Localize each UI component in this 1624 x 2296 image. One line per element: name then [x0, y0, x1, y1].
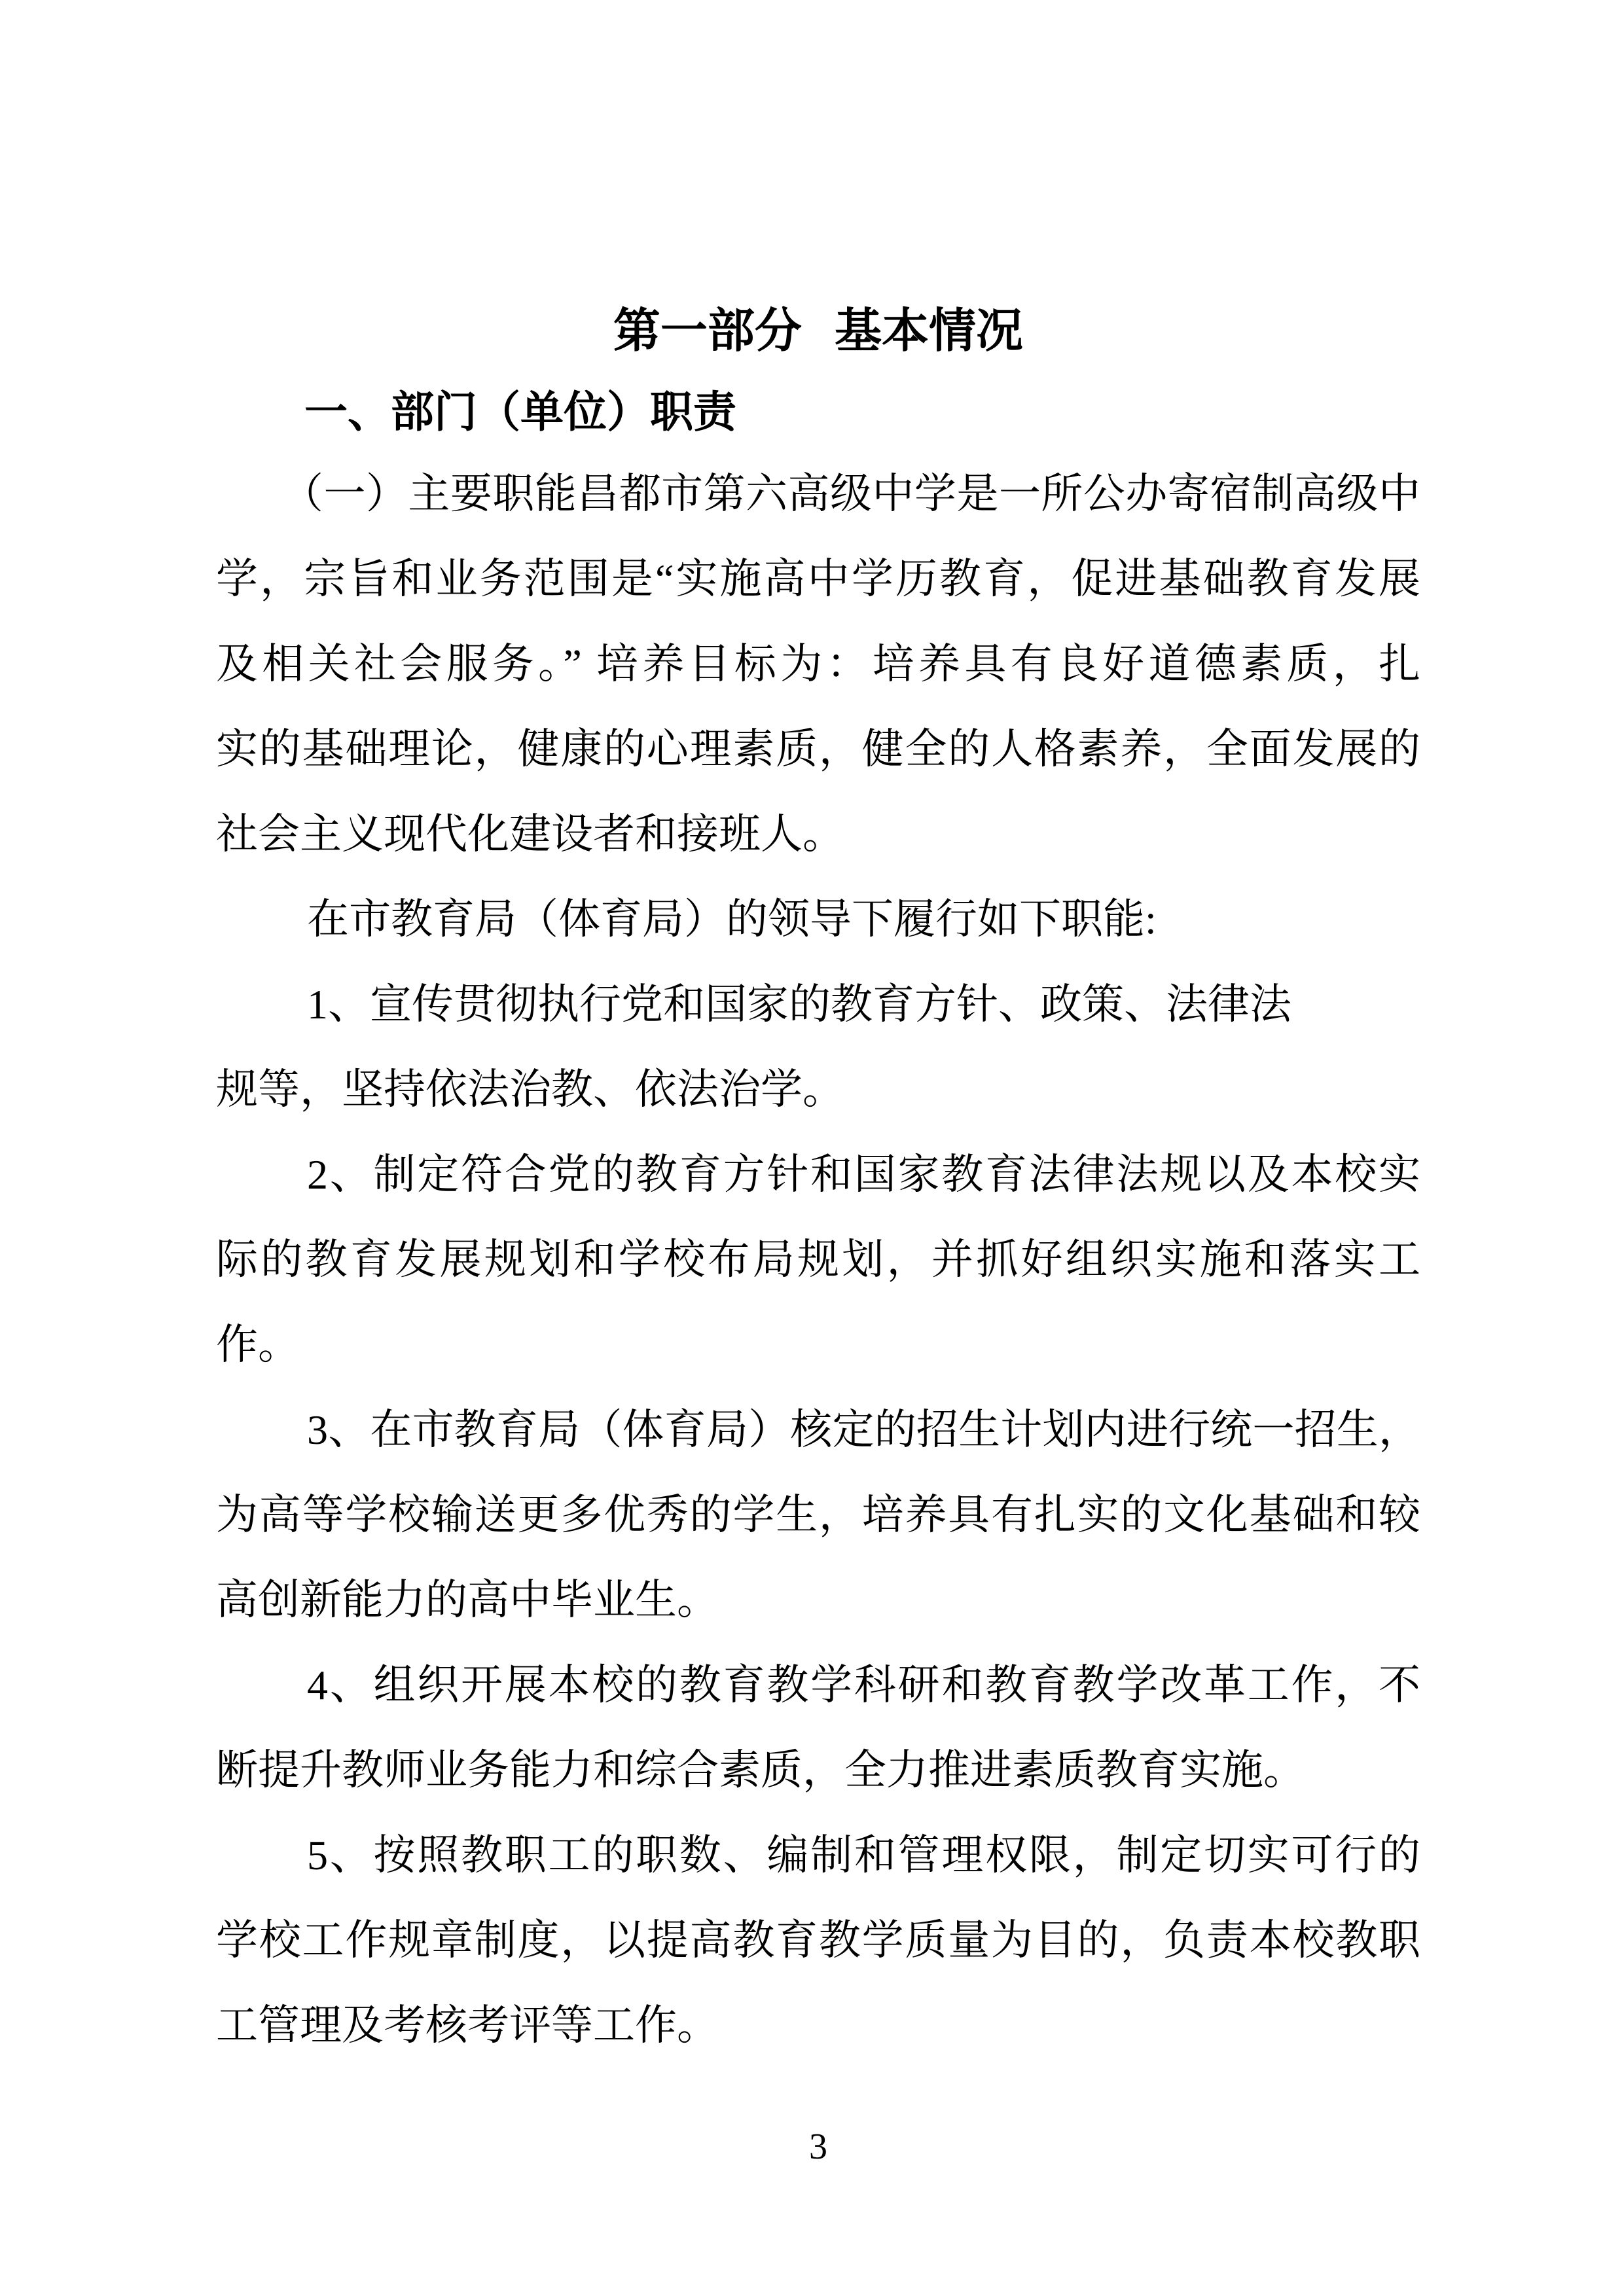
text-line: 社会主义现代化建设者和接班人。	[216, 792, 1420, 877]
text-line: 工管理及考核考评等工作。	[216, 1983, 1420, 2068]
text-line: 5、按照教职工的职数、编制和管理权限，制定切实可行的	[216, 1813, 1420, 1898]
text-line: 及相关社会服务。” 培养目标为：培养具有良好道德素质，扎	[216, 622, 1420, 707]
text-line: 规等，坚持依法治教、依法治学。	[216, 1047, 1420, 1132]
document-body: （一）主要职能昌都市第六高级中学是一所公办寄宿制高级中学，宗旨和业务范围是“实施…	[216, 452, 1420, 2068]
page-number: 3	[216, 2130, 1420, 2163]
text-line: 2、制定符合党的教育方针和国家教育法律法规以及本校实	[216, 1132, 1420, 1217]
text-line: 断提升教师业务能力和综合素质，全力推进素质教育实施。	[216, 1728, 1420, 1813]
text-line: 在市教育局（体育局）的领导下履行如下职能:	[216, 877, 1420, 962]
text-line: 学校工作规章制度，以提高教育教学质量为目的，负责本校教职	[216, 1898, 1420, 1983]
section-heading: 一、部门（单位）职责	[216, 373, 1420, 452]
text-line: 高创新能力的高中毕业生。	[216, 1558, 1420, 1643]
text-line: 为高等学校输送更多优秀的学生，培养具有扎实的文化基础和较	[216, 1473, 1420, 1558]
text-line: （一）主要职能昌都市第六高级中学是一所公办寄宿制高级中	[216, 452, 1420, 537]
text-line: 4、组织开展本校的教育教学科研和教育教学改革工作，不	[216, 1643, 1420, 1728]
text-line: 1、宣传贯彻执行党和国家的教育方针、政策、法律法	[216, 962, 1420, 1047]
text-line: 作。	[216, 1302, 1420, 1388]
text-line: 实的基础理论，健康的心理素质，健全的人格素养，全面发展的	[216, 707, 1420, 792]
text-line: 学，宗旨和业务范围是“实施高中学历教育，促进基础教育发展	[216, 537, 1420, 622]
page-title: 第一部分 基本情况	[216, 288, 1420, 373]
text-line: 3、在市教育局（体育局）核定的招生计划内进行统一招生，	[216, 1388, 1420, 1473]
text-line: 际的教育发展规划和学校布局规划，并抓好组织实施和落实工	[216, 1217, 1420, 1302]
document-page: 第一部分 基本情况 一、部门（单位）职责 （一）主要职能昌都市第六高级中学是一所…	[0, 0, 1624, 2296]
